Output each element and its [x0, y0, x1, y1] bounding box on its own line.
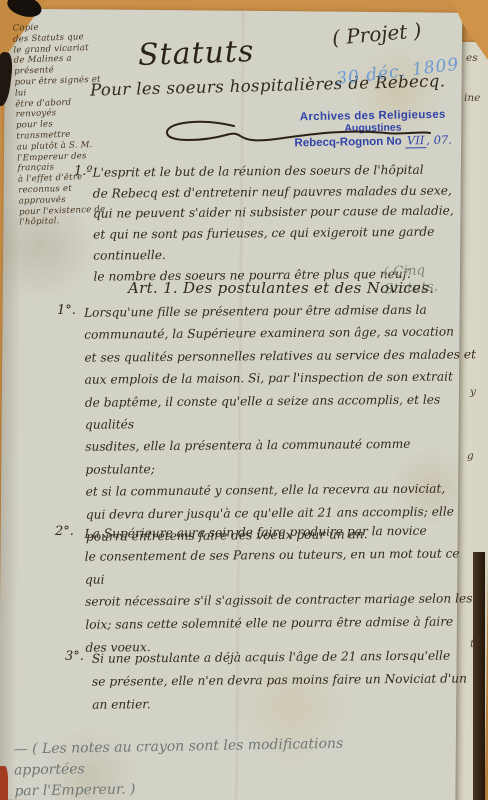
edge-text-fragment: y [470, 386, 476, 398]
article-2-paragraph: La Supérieure aura soin de faire produir… [84, 519, 477, 659]
article-1-marker: 1°. [57, 303, 76, 318]
red-cover-sliver [0, 766, 8, 800]
footer-pencil-note: — ( Les notes au crayon sont les modific… [13, 733, 414, 800]
preamble-marker: 1.º [74, 164, 93, 179]
page-title: Statuts [137, 34, 254, 73]
article-2-marker: 2°. [55, 524, 74, 539]
edge-text-fragment: t [470, 638, 474, 650]
edge-text-fragment: ine [464, 92, 480, 104]
article-3-marker: 3°. [65, 649, 84, 664]
manuscript-photo: Copie des Statuts que le grand vicariat … [0, 0, 488, 800]
flourish-divider [84, 116, 432, 150]
article-1-paragraph: Lorsqu'une fille se présentera pour être… [84, 298, 478, 548]
article-3-paragraph: Si une postulante a déjà acquis l'âge de… [92, 644, 485, 717]
article-heading: Art. 1. Des postulantes et des Novices. [128, 279, 434, 297]
edge-text-fragment: g [467, 450, 474, 462]
edge-text-fragment: es [466, 52, 478, 64]
